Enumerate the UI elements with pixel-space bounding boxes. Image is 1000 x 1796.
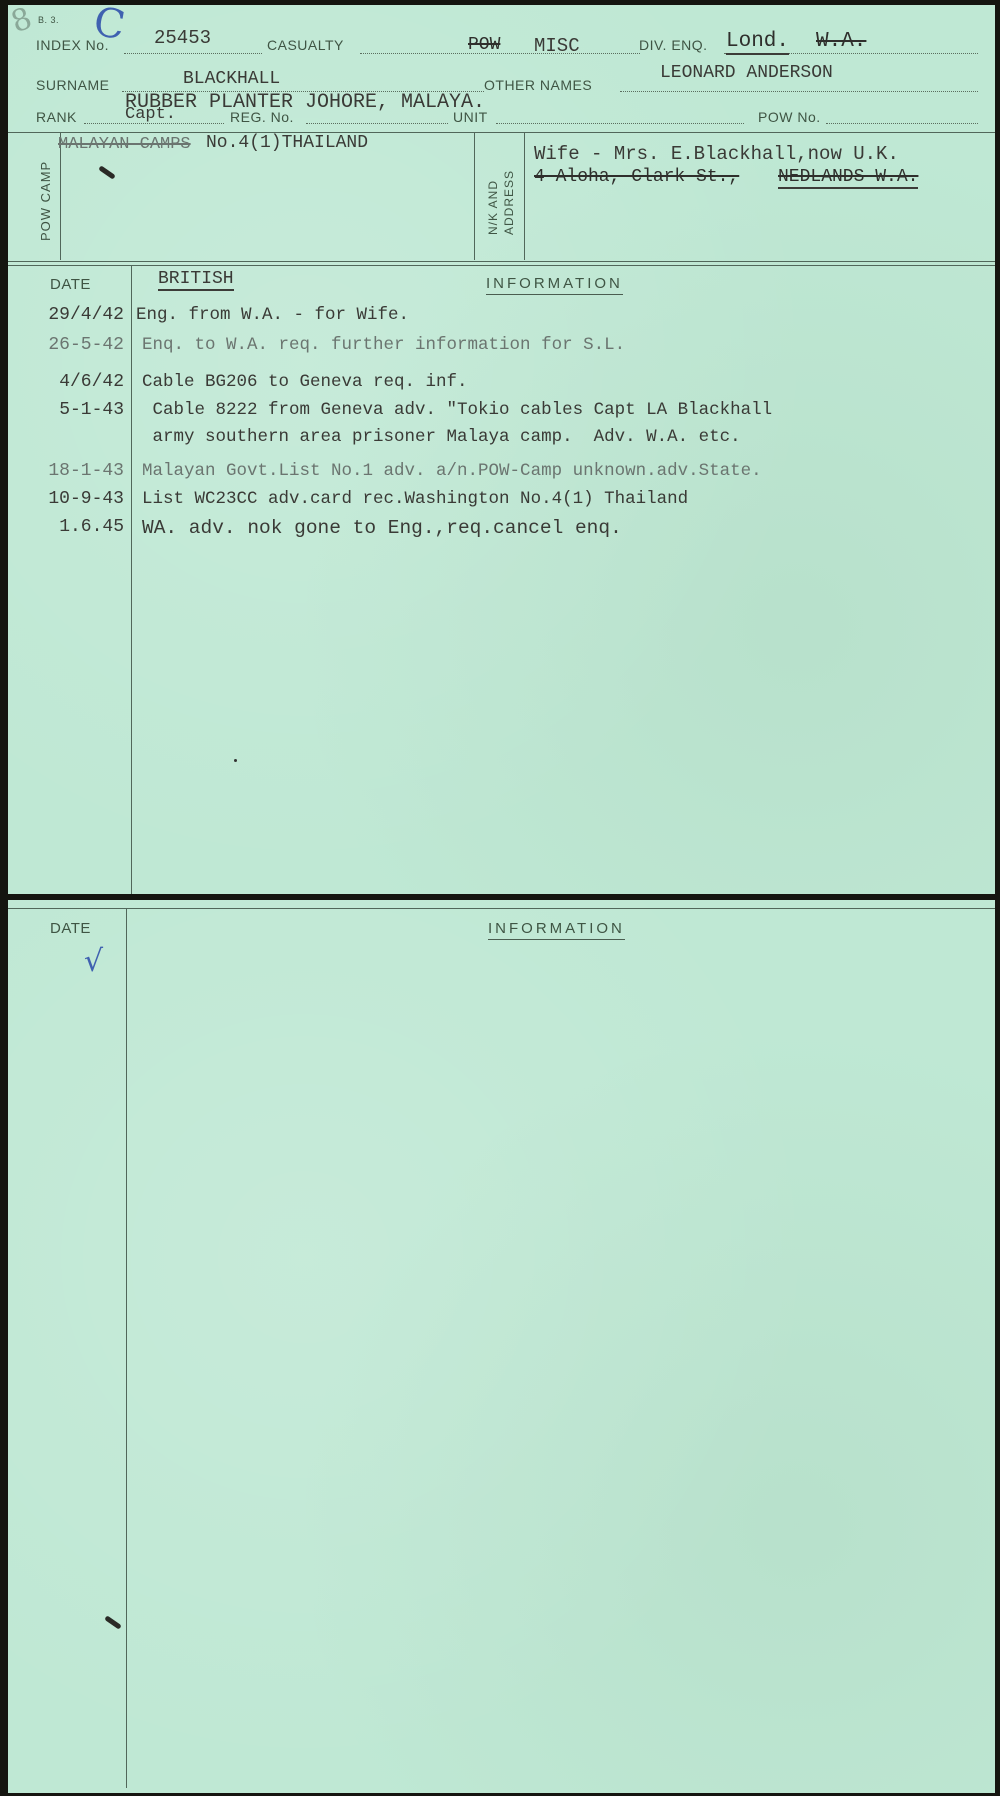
punch-notch: [98, 165, 116, 179]
entry-date: 18-1-43: [48, 461, 124, 481]
nk-label-2: ADDRESS: [502, 170, 516, 235]
entry-text: List WC23CC adv.card rec.Washington No.4…: [142, 489, 688, 509]
pow-camp-label: POW CAMP: [38, 161, 53, 241]
nationality-stamp: BRITISH: [158, 269, 234, 291]
entry-text: Cable BG206 to Geneva req. inf.: [142, 372, 468, 392]
check-mark: √: [84, 944, 103, 979]
unit-label: UNIT: [453, 109, 488, 125]
ink-speck: [234, 759, 237, 762]
info-header: INFORMATION: [488, 920, 625, 940]
entry-text: Malayan Govt.List No.1 adv. a/n.POW-Camp…: [142, 461, 762, 481]
index-label: INDEX No.: [36, 37, 109, 53]
entry-date: 26-5-42: [48, 335, 124, 355]
index-card-front: 8 B. 3. C INDEX No. 25453 CASUALTY POW M…: [8, 5, 995, 894]
entry-date: 1.6.45: [59, 517, 124, 537]
nk-line-1: Wife - Mrs. E.Blackhall,now U.K.: [534, 143, 899, 165]
punch-notch: [104, 1615, 122, 1629]
nk-line-2-struck: 4 Aloha, Clark St.,: [534, 167, 739, 187]
entry-text: Cable 8222 from Geneva adv. "Tokio cable…: [142, 400, 772, 420]
form-code: B. 3.: [38, 15, 59, 25]
div-enq-label: DIV. ENQ.: [639, 37, 708, 53]
other-names-value: LEONARD ANDERSON: [660, 63, 833, 83]
info-header: INFORMATION: [486, 275, 623, 295]
div-enq-value: Lond.: [726, 30, 789, 55]
surname-label: SURNAME: [36, 77, 110, 93]
casualty-label: CASUALTY: [267, 37, 344, 53]
pencil-annotation: 8: [7, 1, 37, 40]
other-names-label: OTHER NAMES: [484, 77, 592, 93]
index-card-back: DATE INFORMATION √: [8, 900, 995, 1793]
pow-no-label: POW No.: [758, 109, 821, 125]
pow-camp-struck: MALAYAN CAMPS: [58, 135, 191, 154]
div-enq-struck: W.A.: [816, 30, 866, 53]
pow-camp-value: No.4(1)THAILAND: [206, 133, 368, 153]
entry-text: WA. adv. nok gone to Eng.,req.cancel enq…: [142, 517, 622, 539]
entry-text: army southern area prisoner Malaya camp.…: [142, 427, 741, 447]
entry-date: 4/6/42: [59, 372, 124, 392]
nk-line-2-struck-2: NEDLANDS W.A.: [778, 167, 918, 189]
rank-value: Capt.: [125, 105, 176, 124]
entry-text: Enq. to W.A. req. further information fo…: [142, 335, 625, 355]
casualty-value: MISC: [534, 35, 580, 57]
occupation-line: RUBBER PLANTER JOHORE, MALAYA.: [125, 91, 485, 114]
surname-value: BLACKHALL: [183, 69, 280, 89]
reg-no-label: REG. No.: [230, 109, 294, 125]
date-header: DATE: [50, 276, 91, 293]
index-value: 25453: [154, 27, 211, 49]
date-header: DATE: [50, 920, 91, 937]
entry-text: Eng. from W.A. - for Wife.: [136, 305, 409, 325]
entry-date: 29/4/42: [48, 305, 124, 325]
entry-date: 10-9-43: [48, 489, 124, 509]
rank-label: RANK: [36, 109, 77, 125]
casualty-struck: POW: [468, 35, 500, 55]
entry-date: 5-1-43: [59, 400, 124, 420]
nk-label-1: N/K AND: [486, 180, 500, 235]
